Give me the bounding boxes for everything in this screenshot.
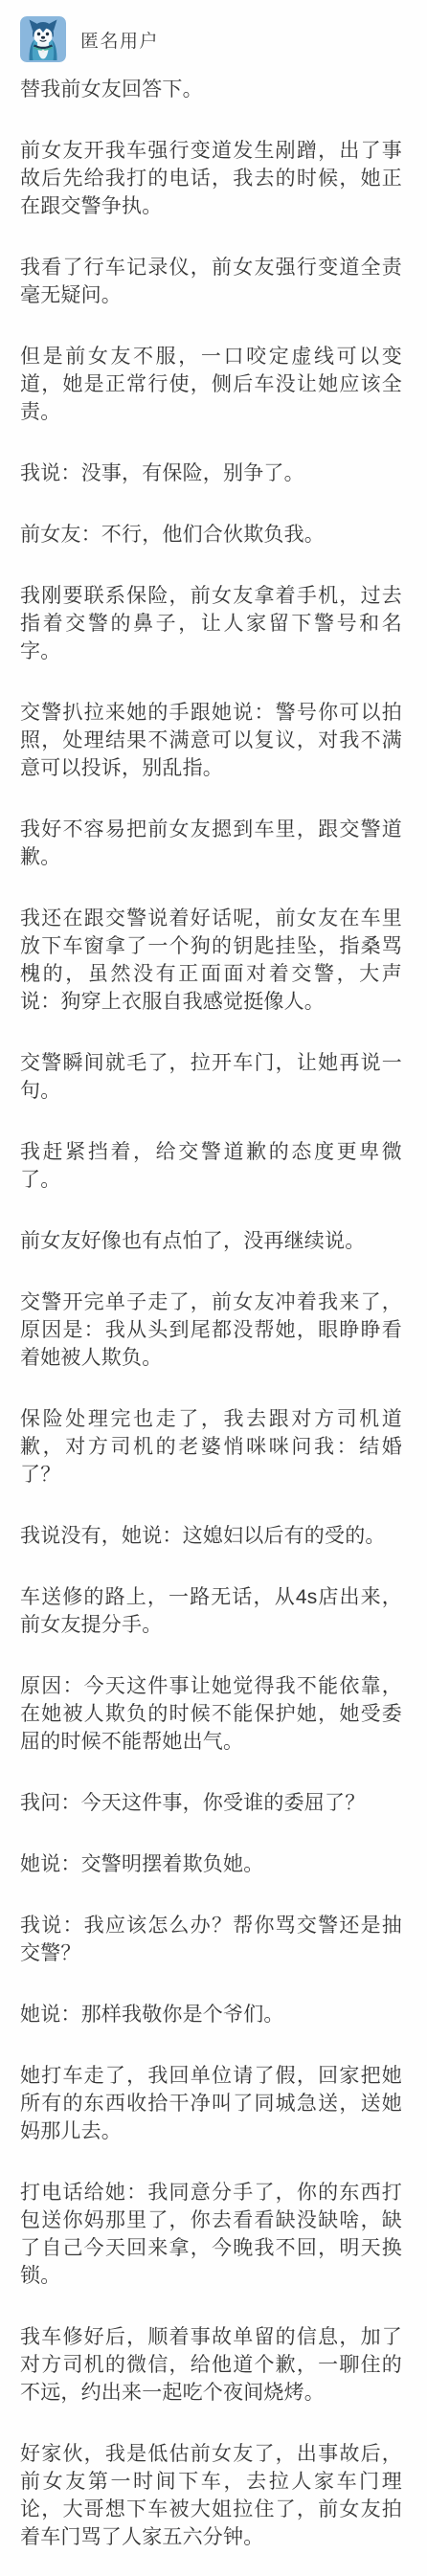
post-paragraph: 我车修好后，顺着事故单留的信息，加了对方司机的微信，给他道个歉，一聊住的不远，约… [20, 2323, 402, 2407]
post-paragraph: 我赶紧挡着，给交警道歉的态度更卑微了。 [20, 1138, 402, 1194]
post-paragraph: 我问：今天这件事，你受谁的委屈了？ [20, 1789, 402, 1817]
post-paragraph: 车送修的路上，一路无话，从4s店出来，前女友提分手。 [20, 1583, 402, 1639]
post-paragraph: 我说没有，她说：这媳妇以后有的受的。 [20, 1522, 402, 1550]
post-paragraph: 但是前女友不服，一口咬定虚线可以变道，她是正常行使，侧后车没让她应该全责。 [20, 343, 402, 426]
post-paragraph: 交警扒拉来她的手跟她说：警号你可以拍照，处理结果不满意可以复议，对我不满意可以投… [20, 699, 402, 782]
username[interactable]: 匿名用户 [80, 27, 159, 53]
post-paragraph: 原因：今天这件事让她觉得我不能依靠，在她被人欺负的时候不能保护她，她受委屈的时候… [20, 1672, 402, 1756]
post-paragraph: 交警开完单子走了，前女友冲着我来了，原因是：我从头到尾都没帮她，眼睁睁看着她被人… [20, 1288, 402, 1372]
post-header: 匿名用户 [20, 16, 402, 62]
post-paragraph: 我说：没事，有保险，别争了。 [20, 459, 402, 487]
post-paragraph: 保险处理完也走了，我去跟对方司机道歉，对方司机的老婆悄咪咪问我：结婚了？ [20, 1405, 402, 1489]
post-card: 匿名用户 替我前女友回答下。前女友开我车强行变道发生剐蹭，出了事故后先给我打的电… [0, 0, 427, 2576]
post-paragraph: 我刚要联系保险，前女友拿着手机，过去指着交警的鼻子，让人家留下警号和名字。 [20, 582, 402, 665]
post-paragraph: 我说：我应该怎么办？帮你骂交警还是抽交警？ [20, 1912, 402, 1967]
post-paragraph: 前女友：不行，他们合伙欺负我。 [20, 521, 402, 549]
post-paragraph: 好家伙，我是低估前女友了，出事故后，前女友第一时间下车，去拉人家车门理论，大哥想… [20, 2440, 402, 2551]
post-paragraph: 她打车走了，我回单位请了假，回家把她所有的东西收拾干净叫了同城急送，送她妈那儿去… [20, 2062, 402, 2145]
post-paragraph: 打电话给她：我同意分手了，你的东西打包送你妈那里了，你去看看缺没缺啥，缺了自己今… [20, 2179, 402, 2290]
post-paragraph: 我看了行车记录仪，前女友强行变道全责毫无疑问。 [20, 254, 402, 309]
anonymous-user-avatar-icon[interactable] [20, 16, 66, 62]
post-paragraph: 我还在跟交警说着好话呢，前女友在车里放下车窗拿了一个狗的钥匙挂坠，指桑骂槐的，虽… [20, 905, 402, 1016]
post-body: 替我前女友回答下。前女友开我车强行变道发生剐蹭，出了事故后先给我打的电话，我去的… [20, 76, 402, 2551]
post-paragraph: 替我前女友回答下。 [20, 76, 402, 103]
post-paragraph: 前女友开我车强行变道发生剐蹭，出了事故后先给我打的电话，我去的时候，她正在跟交警… [20, 137, 402, 220]
post-paragraph: 她说：交警明摆着欺负她。 [20, 1850, 402, 1878]
post-paragraph: 我好不容易把前女友摁到车里，跟交警道歉。 [20, 816, 402, 871]
post-paragraph: 她说：那样我敬你是个爷们。 [20, 2001, 402, 2028]
post-paragraph: 交警瞬间就毛了，拉开车门，让她再说一句。 [20, 1049, 402, 1105]
post-paragraph: 前女友好像也有点怕了，没再继续说。 [20, 1227, 402, 1255]
